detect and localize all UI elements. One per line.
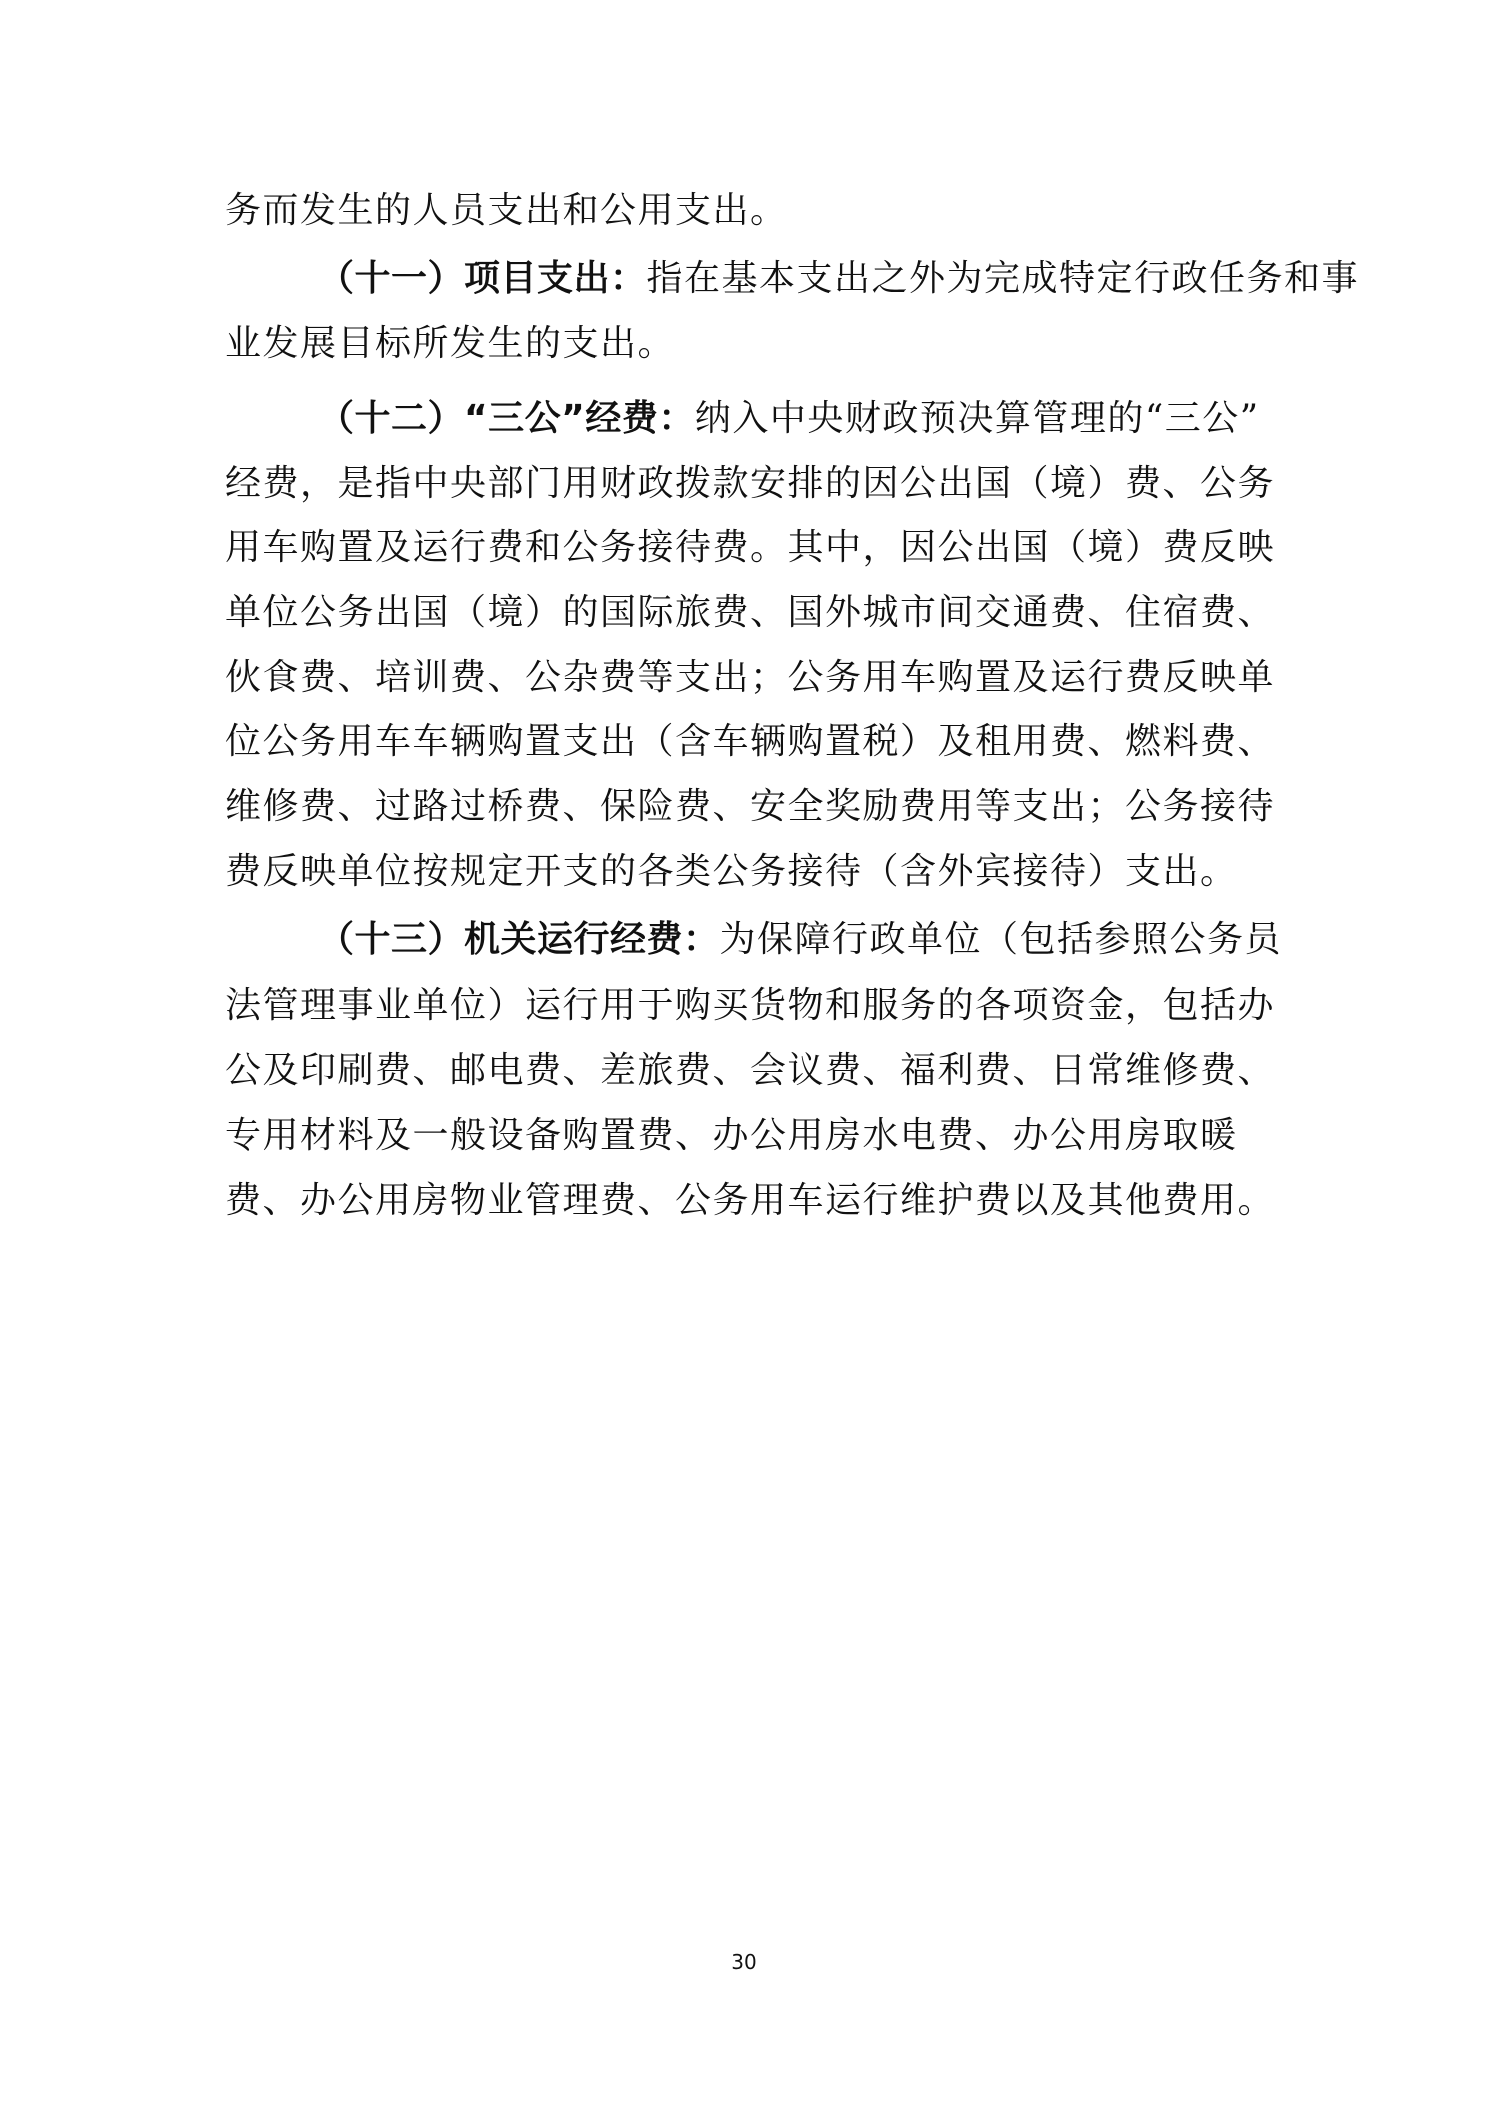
section-heading: （十二）“三公”经费：	[318, 398, 695, 439]
section-text: 为保障行政单位（包括参照公务员	[720, 919, 1283, 960]
paragraph-line: 公及印刷费、邮电费、差旅费、会议费、福利费、日常维修费、	[225, 1046, 1355, 1096]
paragraph-line: 伙食费、培训费、公杂费等支出；公务用车购置及运行费反映单	[225, 653, 1355, 703]
paragraph-line: 业发展目标所发生的支出。	[225, 319, 1355, 369]
paragraph-line: 专用材料及一般设备购置费、办公用房水电费、办公用房取暖	[225, 1111, 1355, 1161]
paragraph-line: 费反映单位按规定开支的各类公务接待（含外宾接待）支出。	[225, 847, 1355, 897]
paragraph-line: 经费，是指中央部门用财政拨款安排的因公出国（境）费、公务	[225, 459, 1355, 509]
paragraph-line: 费、办公用房物业管理费、公务用车运行维护费以及其他费用。	[225, 1176, 1355, 1226]
section-heading: （十一）项目支出：	[318, 258, 647, 299]
paragraph-line: 法管理事业单位）运行用于购买货物和服务的各项资金，包括办	[225, 981, 1355, 1031]
paragraph-line: 维修费、过路过桥费、保险费、安全奖励费用等支出；公务接待	[225, 782, 1355, 832]
section-11-line: （十一）项目支出：指在基本支出之外为完成特定行政任务和事	[318, 254, 1448, 304]
section-text: 指在基本支出之外为完成特定行政任务和事	[647, 258, 1360, 299]
paragraph-line: 位公务用车车辆购置支出（含车辆购置税）及租用费、燃料费、	[225, 717, 1355, 767]
paragraph-line: 务而发生的人员支出和公用支出。	[225, 186, 1355, 236]
section-heading: （十三）机关运行经费：	[318, 919, 720, 960]
section-13-line: （十三）机关运行经费：为保障行政单位（包括参照公务员	[318, 915, 1448, 965]
paragraph-line: 单位公务出国（境）的国际旅费、国外城市间交通费、住宿费、	[225, 588, 1355, 638]
section-12-line: （十二）“三公”经费：纳入中央财政预决算管理的“三公”	[318, 394, 1448, 444]
paragraph-line: 用车购置及运行费和公务接待费。其中，因公出国（境）费反映	[225, 523, 1355, 573]
page-number: 30	[0, 1950, 1488, 1974]
document-page: 务而发生的人员支出和公用支出。 （十一）项目支出：指在基本支出之外为完成特定行政…	[0, 0, 1488, 2105]
section-text: 纳入中央财政预决算管理的“三公”	[695, 398, 1260, 439]
